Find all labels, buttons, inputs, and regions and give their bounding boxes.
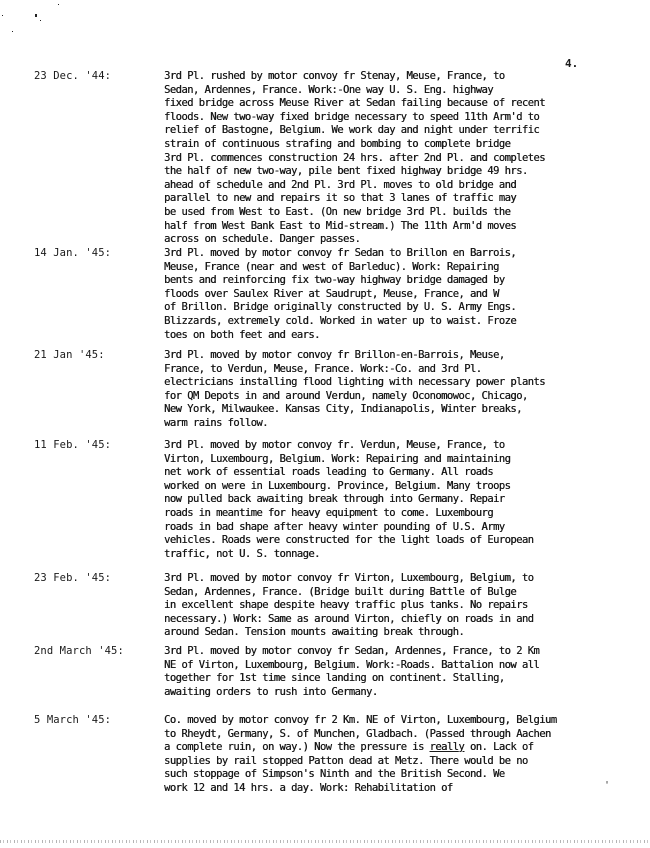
entry-line: a complete ruin, on way.) Now the pressu… — [164, 741, 604, 755]
entry-line: 3rd Pl. moved by motor convoy fr Sedan t… — [164, 247, 604, 261]
entry-line: New York, Milwaukee. Kansas City, Indian… — [164, 403, 604, 417]
document-page: 4. 23 Dec. '44:3rd Pl. rushed by motor c… — [0, 0, 650, 848]
entry-line: 3rd Pl. moved by motor convoy fr Virton,… — [164, 572, 604, 586]
scan-speck — [58, 4, 59, 5]
entry-line: of Brillon. Bridge originally constructe… — [164, 301, 604, 315]
entry-date: 21 Jan '45: — [34, 349, 105, 363]
scan-edge-noise — [0, 840, 650, 843]
entry-line: supplies by rail stopped Patton dead at … — [164, 755, 604, 769]
entry-line: traffic, not U. S. tonnage. — [164, 548, 604, 562]
entry-line: half from West Bank East to Mid-stream.)… — [164, 220, 604, 234]
entry-line: 3rd Pl. moved by motor convoy fr Sedan, … — [164, 645, 604, 659]
entry-line: 3rd Pl. commences construction 24 hrs. a… — [164, 152, 604, 166]
entry-body: 3rd Pl. moved by motor convoy fr Sedan t… — [164, 247, 604, 342]
entry-line: Blizzards, extremely cold. Worked in wat… — [164, 315, 604, 329]
scan-speck — [35, 14, 37, 17]
entry-line: Sedan, Ardennes, France. (Bridge built d… — [164, 586, 604, 600]
scan-speck — [2, 15, 3, 16]
entry-line: together for 1st time since landing on c… — [164, 672, 604, 686]
entry-line: in excellent shape despite heavy traffic… — [164, 599, 604, 613]
entry-line: electricians installing flood lighting w… — [164, 376, 604, 390]
entry-body: 3rd Pl. moved by motor convoy fr. Verdun… — [164, 439, 604, 561]
entry-date: 23 Feb. '45: — [34, 572, 111, 586]
text-run: a complete ruin, on way.) Now the pressu… — [164, 741, 430, 753]
entry-body: 3rd Pl. moved by motor convoy fr Virton,… — [164, 572, 604, 640]
entry-body: 3rd Pl. rushed by motor convoy fr Stenay… — [164, 70, 604, 247]
entry-line: floods. New two-way fixed bridge necessa… — [164, 111, 604, 125]
entry-line: roads in bad shape after heavy winter po… — [164, 521, 604, 535]
entry-line: around Sedan. Tension mounts awaiting br… — [164, 626, 604, 640]
entry-line: Virton, Luxembourg, Belgium. Work: Repai… — [164, 453, 604, 467]
entry-line: relief of Bastogne, Belgium. We work day… — [164, 124, 604, 138]
entry-line: for QM Depots in and around Verdun, name… — [164, 390, 604, 404]
entry-line: strain of continuous strafing and bombin… — [164, 138, 604, 152]
entry-line: 3rd Pl. moved by motor convoy fr Brillon… — [164, 349, 604, 363]
entry-line: awaiting orders to rush into Germany. — [164, 686, 604, 700]
entry-line: parallel to new and repairs it so that 3… — [164, 192, 604, 206]
entry-line: 3rd Pl. moved by motor convoy fr. Verdun… — [164, 439, 604, 453]
entry-line: the half of new two-way, pile bent fixed… — [164, 165, 604, 179]
scan-speck — [40, 20, 41, 21]
entry-line: vehicles. Roads were constructed for the… — [164, 534, 604, 548]
page-number: 4. — [565, 57, 578, 70]
entry-line: such stoppage of Simpson's Ninth and the… — [164, 768, 604, 782]
entry-line: now pulled back awaiting break through i… — [164, 493, 604, 507]
entry-line: ahead of schedule and 2nd Pl. 3rd Pl. mo… — [164, 179, 604, 193]
entry-body: 3rd Pl. moved by motor convoy fr Sedan, … — [164, 645, 604, 699]
underlined-word: really — [430, 741, 465, 753]
entry-body: 3rd Pl. moved by motor convoy fr Brillon… — [164, 349, 604, 431]
entry-body: Co. moved by motor convoy fr 2 Km. NE of… — [164, 714, 604, 796]
entry-line: Meuse, France (near and west of Barleduc… — [164, 261, 604, 275]
entry-date: 23 Dec. '44: — [34, 70, 111, 84]
entry-line: warm rains follow. — [164, 417, 604, 431]
entry-line: be used from West to East. (On new bridg… — [164, 206, 604, 220]
scan-specks — [0, 0, 60, 40]
entry-line: Co. moved by motor convoy fr 2 Km. NE of… — [164, 714, 604, 728]
entry-line: 3rd Pl. rushed by motor convoy fr Stenay… — [164, 70, 604, 84]
entry-date: 11 Feb. '45: — [34, 439, 111, 453]
entry-line: net work of essential roads leading to G… — [164, 466, 604, 480]
entry-line: toes on both feet and ears. — [164, 329, 604, 343]
text-run: on. Lack of — [464, 741, 533, 753]
entry-line: necessary.) Work: Same as around Virton,… — [164, 613, 604, 627]
entry-line: across on schedule. Danger passes. — [164, 233, 604, 247]
entry-date: 5 March '45: — [34, 714, 111, 728]
entry-line: worked on were in Luxembourg. Province, … — [164, 480, 604, 494]
entry-line: bents and reinforcing fix two-way highwa… — [164, 274, 604, 288]
entry-date: 14 Jan. '45: — [34, 247, 111, 261]
entry-line: Sedan, Ardennes, France. Work:-One way U… — [164, 84, 604, 98]
entry-line: floods over Saulex River at Saudrupt, Me… — [164, 288, 604, 302]
entry-line: fixed bridge across Meuse River at Sedan… — [164, 97, 604, 111]
margin-mark: ' — [604, 780, 610, 791]
entry-line: work 12 and 14 hrs. a day. Work: Rehabil… — [164, 782, 604, 796]
scan-speck — [12, 31, 13, 32]
entry-line: to Rheydt, Germany, S. of Munchen, Gladb… — [164, 728, 604, 742]
entry-date: 2nd March '45: — [34, 645, 124, 659]
entry-line: roads in meantime for heavy equipment to… — [164, 507, 604, 521]
entry-line: NE of Virton, Luxembourg, Belgium. Work:… — [164, 659, 604, 673]
entry-line: France, to Verdun, Meuse, France. Work:-… — [164, 363, 604, 377]
